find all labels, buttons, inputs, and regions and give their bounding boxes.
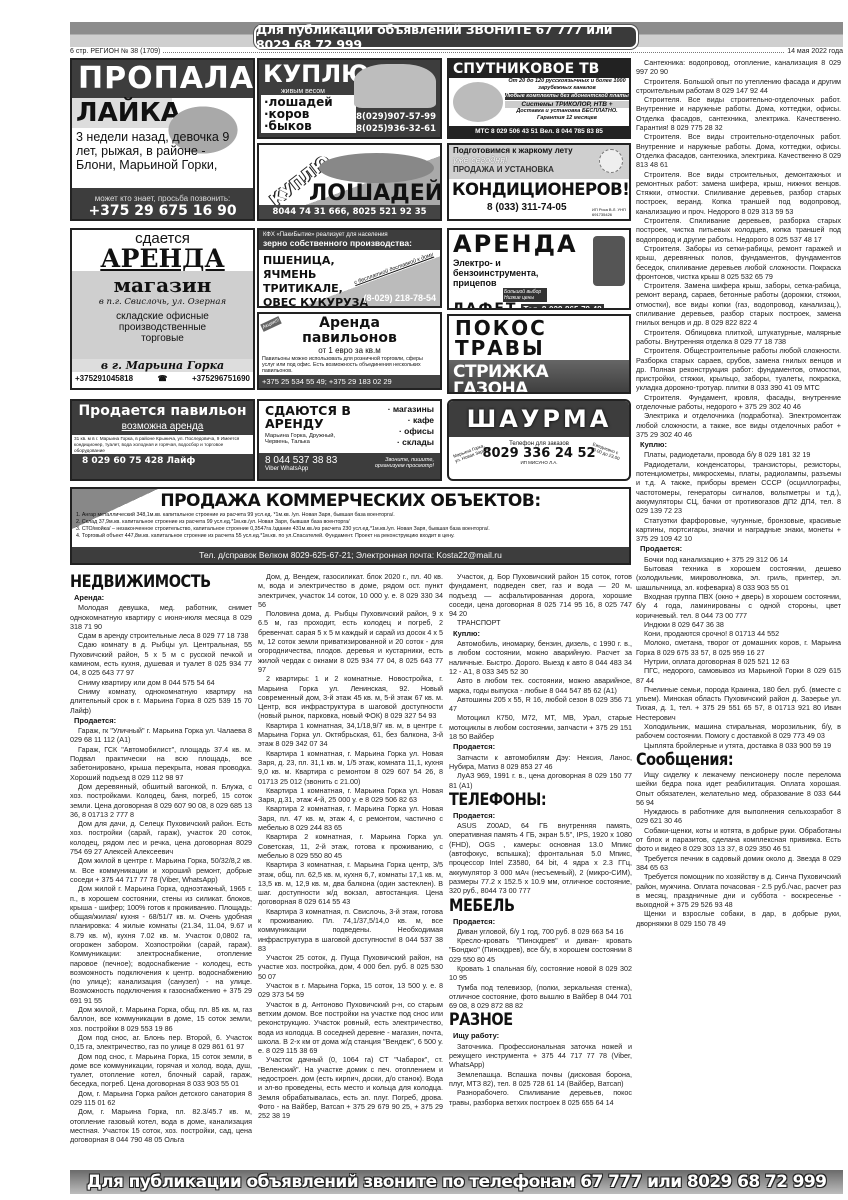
subsection-label: Аренда:: [74, 593, 252, 602]
classified-item: Участок в г. Марьина Горка, 15 соток, 13…: [258, 981, 443, 1000]
classified-item: Дом деревянный, обшитый вагонкой, п. Блу…: [70, 782, 252, 819]
dish-image: [453, 82, 503, 122]
classified-item: Строителя. Облицовка плиткой, штукатурны…: [636, 328, 841, 347]
classified-item: Электрика и отделочника (подработка). Эл…: [636, 411, 841, 439]
subsection-label: Куплю:: [640, 440, 841, 449]
ad-line-2: зерно собственного производства:: [263, 238, 436, 248]
section-title-misc: РАЗНОЕ: [449, 1010, 605, 1030]
classified-item: Диван угловой, б/у 1 год, 700 руб. 8 029…: [449, 927, 632, 936]
phone-icon: ☎: [158, 374, 168, 383]
classified-item: Квартира 3 комнатная, г. Марьина Горка ц…: [258, 860, 443, 906]
list-item: 4. Торговый объект 447,8м.кв. капитально…: [76, 533, 625, 540]
ad-badge: Большой выбор Низкие цены: [503, 288, 547, 302]
ad-phone: +375 29 675 16 90: [72, 203, 253, 219]
ad-address: в п.г. Свислочь, ул. Озерная: [75, 297, 250, 307]
classified-item: Дом, г. Марьина Горка район детского сан…: [70, 1089, 252, 1108]
ad-rent-shop: сдается АРЕНДА магазин в п.г. Свислочь, …: [70, 228, 255, 390]
classified-item: Сниму комнату, однокомнатную квартиру на…: [70, 687, 252, 715]
classified-item: Молодая девушка, мед. работник, снимет о…: [70, 603, 252, 631]
ad-title: СДАЮТСЯ В АРЕНДУ: [259, 401, 359, 433]
ad-text: 3 недели назад, девочка 9 лет, рыжая, в …: [72, 128, 252, 174]
running-head: 6 стр. РЕГИОН № 38 (1709) 14 мая 2022 го…: [70, 48, 843, 55]
ad-phones: +375 25 534 55 49; +375 29 183 02 29: [259, 375, 440, 388]
column-transport: Участок, д. Бор Пуховичский район 15 сот…: [449, 572, 632, 1107]
page-number: 6 стр.: [70, 48, 88, 55]
classified-item: Половина дома, д. Рыбцы Пуховичский райо…: [258, 609, 443, 674]
item: ·быков: [264, 120, 353, 132]
classified-item: Дом для дачи, д. Селецк Пуховичский райо…: [70, 819, 252, 856]
column-realty-2: Дом, д. Вендеж, газосиликат. блок 2020 г…: [258, 572, 443, 1121]
classified-item: Собаки-щенки, коты и котята, в добрые ру…: [636, 826, 841, 854]
classified-item: Участок в д. Антоново Пуховичский р-н, с…: [258, 1000, 443, 1056]
ad-phone: (8-029) 218-78-54: [363, 293, 436, 303]
ad-sub: возможна аренда: [72, 421, 253, 432]
list-item: 3. СТО/мойка/ – незаконченное строительс…: [76, 526, 625, 533]
ad-grain: КФХ «ПакиБытие» реализует для населения …: [257, 228, 442, 308]
classified-item: Сниму квартиру или дом 8 044 575 54 64: [70, 678, 252, 687]
ad-slogan: Звоните, пишите, организуем просмотр!: [364, 457, 434, 469]
subsection-label: Продается:: [640, 544, 841, 553]
subsection-label: Продается:: [74, 716, 252, 725]
phone-2: 8(025)936-32-61: [356, 124, 436, 134]
classified-item: Участок 25 соток, д. Пуща Пуховичский ра…: [258, 953, 443, 981]
brand: ЛАФЕТ: [452, 302, 517, 310]
classified-item: Квартира 1 комнатная, г. Марьина Горка у…: [258, 749, 443, 786]
classified-item: Землепашца. Вспашка почвы (дисковая боро…: [449, 1070, 632, 1089]
sun-icon: [599, 149, 623, 173]
divider: [163, 48, 784, 53]
section-title-realty: НЕДВИЖИМОСТЬ: [70, 572, 225, 592]
classified-item: Автомобиль, иномарку, бензин, дизель, с …: [449, 639, 632, 676]
ad-title: Продается павильон: [72, 401, 253, 421]
classified-item: Строителя. Все виды строительно-отделочн…: [636, 95, 841, 132]
ad-phones: 8044 74 31 666, 8025 521 92 35: [259, 205, 440, 219]
ad-city: в г. Марьина Горка: [72, 359, 253, 372]
classified-item: Кресло-кровать "Пинскдрев" и диван- кров…: [449, 936, 632, 964]
ad-pavilion-sale: Продается павильон возможна аренда 31 кв…: [70, 399, 255, 481]
classified-item: Квартира 2 комнатная, г. Марьина Горка у…: [258, 832, 443, 860]
horses-image: [319, 153, 434, 183]
ad-satellite-tv: СПУТНИКОВОЕ ТВ От 20 до 120 русскоязычны…: [447, 58, 631, 139]
ad-text: Павильоны можно использовать для розничн…: [259, 355, 440, 376]
ad-line-3: Системы ТРИКОЛОР, НТВ +: [505, 101, 629, 108]
column-realty-1: НЕДВИЖИМОСТЬ Аренда: Молодая девушка, ме…: [70, 572, 252, 1145]
ad-phones: МТС 8 029 506 43 51 Вел. 8 044 785 83 85: [449, 126, 629, 137]
ad-mowing: ПОКОС ТРАВЫ СТРИЖКА ГАЗОНА Тел.+375 (33)…: [447, 314, 631, 394]
classified-item: Пчелиные семьи, порода Краинка, 180 бел.…: [636, 685, 841, 722]
ad-price: от 1 евро за кв.м: [259, 346, 440, 355]
classified-item: Индюки 8 029 647 36 38: [636, 620, 841, 629]
classified-item: Гараж, гк "Уличный" г. Марьина Горка ул.…: [70, 726, 252, 745]
ad-title: ШАУРМА: [449, 401, 629, 437]
classified-item: Входная группа ПВХ (окно + дверь) в хоро…: [636, 592, 841, 620]
classified-item: Нуждаюсь в работнике для выполнения сель…: [636, 807, 841, 826]
classified-item: Заточника. Профессиональная заточка ноже…: [449, 1042, 632, 1070]
classified-item: Строителя. Все виды строительных, демонт…: [636, 170, 841, 216]
classified-item: Дом жилой, г. Марьина Горка, общ. пл. 85…: [70, 1005, 252, 1033]
ad-pavilions: Аренда павильонов Акция!!! от 1 евро за …: [257, 312, 442, 390]
dog-name: ЛАЙКА: [72, 98, 172, 128]
classified-item: Щенки и взрослые собаки, в дар, в добрые…: [636, 909, 841, 928]
ad-word-2: ЛОШАДЕЙ: [309, 183, 442, 205]
classified-item: Мотоцикл К750, М72, МТ, МВ, Урал, старые…: [449, 713, 632, 741]
ad-aircon: Подготовимся к жаркому лету уже сегодня!…: [447, 143, 631, 221]
classified-item: Строителя. Фундамент, кровля, фасады, вн…: [636, 393, 841, 412]
list-item: · склады: [388, 437, 434, 448]
ad-places: Марьина Горка, Дружный, Червень, Талька: [259, 433, 359, 445]
classified-item: Кони, продаются срочно! 8 01713 44 552: [636, 629, 841, 638]
ad-buy-livestock: КУПЛЮ живым весом ·лошадей ·коров ·быков…: [257, 58, 442, 139]
list-item: 2. Склад 37,9м.кв. капитальное строение …: [76, 519, 625, 526]
classified-item: Статуэтки фарфоровые, чугунные, бронзовы…: [636, 516, 841, 544]
classified-item: Строителя. Заборы из сетки-рабицы, ремон…: [636, 244, 841, 281]
ad-commercial: ПРОДАЖА КОММЕРЧЕСКИХ ОБЪЕКТОВ: 1. Ангар …: [70, 487, 631, 565]
classified-item: Ищу сиделку к лежачему пенсионеру после …: [636, 770, 841, 807]
phone-1: +375291045818: [75, 374, 133, 383]
classified-item: Дом, г. Марьина Горка, пл. 82.3/45.7 кв.…: [70, 1107, 252, 1144]
classified-item: ЛуАЗ 969, 1991 г. в., цена договорная 8 …: [449, 771, 632, 790]
classified-item: Строителя. Общестроительные работы любой…: [636, 346, 841, 392]
column-services: Сантехника: водопровод, отопление, канал…: [636, 58, 841, 928]
issue-date: 14 мая 2022 года: [787, 48, 843, 55]
ad-title: Аренда павильонов: [259, 314, 440, 346]
classified-item: Участок дачный (0, 1064 га) СТ "Чабарок"…: [258, 1055, 443, 1120]
classified-item: Авто в любом тех. состоянии, можно авари…: [449, 676, 632, 695]
ad-legal: ИП Роса В.Л. УНП 691735426: [592, 207, 626, 217]
subsection-label: Продается:: [453, 811, 632, 820]
classified-item: Бытовая техника в хорошем состоянии, деш…: [636, 564, 841, 592]
subsection-label: Продается:: [453, 917, 632, 926]
phone-2: +375296751690: [192, 374, 250, 383]
classified-item: Разнорабочего. Спиливание деревьев, поко…: [449, 1088, 632, 1107]
ad-title: ПРОДАЖА КОММЕРЧЕСКИХ ОБЪЕКТОВ:: [72, 489, 629, 512]
classified-item: Строителя. Большой опыт по утеплению фас…: [636, 77, 841, 96]
ad-tool-rent: АРЕНДА Электро- и бензоинструмента, приц…: [447, 228, 631, 310]
section-title-messages: Сообщения:: [636, 750, 810, 770]
ad-list: складские офисные производственные торго…: [75, 307, 250, 344]
ad-title: ПРОПАЛА: [72, 60, 253, 98]
classified-item: Нутрии, оплата договорная 8 025 521 12 6…: [636, 657, 841, 666]
classified-item: Тумба под телевизор, (полки, зеркальная …: [449, 983, 632, 1011]
classified-item: Радиодетали, конденсаторы, транзисторы, …: [636, 460, 841, 516]
classified-item: Квартира 3 комнатная, п. Свислочь, 3-й э…: [258, 907, 443, 953]
ad-sub: магазин: [75, 273, 250, 297]
ad-for-rent: СДАЮТСЯ В АРЕНДУ Марьина Горка, Дружный,…: [257, 399, 442, 481]
classified-item: Дом под снос, г. Марьина Горка, 15 соток…: [70, 1052, 252, 1089]
section-title-phones: ТЕЛЕФОНЫ:: [449, 790, 605, 810]
ad-lost-dog: ПРОПАЛА ЛАЙКА 3 недели назад, девочка 9 …: [70, 58, 255, 221]
ad-sub: Электро- и бензоинструмента, прицепов: [449, 258, 579, 288]
classified-item: Кровать 1 спальная б/у, состояние новой …: [449, 964, 632, 983]
classified-item: Квартира 2 комнатная, г. Марьина Горка у…: [258, 804, 443, 832]
list-item: · магазины: [388, 404, 434, 415]
list-item: · кафе: [388, 415, 434, 426]
ad-phone: 8 029 60 75 428 Лайф: [72, 454, 253, 468]
classified-item: Дом жилой г. Марьина Горка, одноэтажный,…: [70, 884, 252, 1005]
ad-title: СПУТНИКОВОЕ ТВ: [449, 60, 629, 78]
subsection-label: Ищу работу:: [453, 1031, 632, 1040]
ad-line-1: От 20 до 120 русскоязычных и более 1000 …: [505, 78, 629, 92]
ad-line-4: Доставка и установка БЕСПЛАТНО. Гарантия…: [505, 108, 629, 122]
ad-line-1: Подготовимся к жаркому лету: [453, 146, 625, 155]
ad-line-1: ПОКОС ТРАВЫ: [449, 316, 629, 360]
classified-item: Строителя. Все виды строительно-отделочн…: [636, 132, 841, 169]
ad-legal: ИП МИСУНО Л.А.: [449, 460, 629, 465]
classified-item: Сдаю комнату в д. Рыбцы ул. Центральная,…: [70, 640, 252, 677]
classified-item: Дом жилой в центре г. Марьина Горка, 50/…: [70, 856, 252, 884]
ad-shawarma: ШАУРМА Марьина Горка, ул. Новая Заря 53 …: [447, 399, 631, 481]
classified-item: Сдам в аренду строительные леса 8 029 77…: [70, 631, 252, 640]
classified-item: Холодильник, машина стиральная, морозиль…: [636, 722, 841, 741]
classified-item: Автошины 205 х 55, R 16, любой сезон 8 0…: [449, 695, 632, 714]
classified-item: Гараж, ГСК "Автомобилист", площадь 37.4 …: [70, 745, 252, 782]
ad-note: может кто знает, просьба позвонить:: [72, 194, 253, 203]
classified-item: Молоко, сметана, творог от домашних коро…: [636, 638, 841, 657]
classified-item: Строителя. Спиливание деревьев, разборка…: [636, 216, 841, 244]
drill-image: [593, 236, 625, 286]
ad-contact: Тел. д/справок Велком 8029-625-67-21; Эл…: [72, 547, 629, 563]
classified-item: Требуется печник в садовый домик около д…: [636, 854, 841, 873]
footer-banner: Для публикации объявлений звоните по тел…: [70, 1170, 843, 1194]
classified-item: Бочки под канализацию + 375 29 312 06 14: [636, 555, 841, 564]
ad-phone: Тел. 8-029-865-79-48: [521, 304, 603, 311]
ad-text: 31 кв. м в г. Марьина Горка, в районе Кр…: [72, 435, 253, 454]
classified-item: Квартира 1 комнатная, 34,1/18,9/7 кв. м,…: [258, 721, 443, 749]
classified-item: Сантехника: водопровод, отопление, канал…: [636, 58, 841, 77]
ad-buy-horses: КУПЛЮ ЛОШАДЕЙ 8044 74 31 666, 8025 521 9…: [257, 143, 442, 221]
classified-item: Участок, д. Бор Пуховичский район 15 сот…: [449, 572, 632, 618]
classified-item: ASUS Z00AD, 64 ГБ внутренняя память, опе…: [449, 821, 632, 895]
section-title-furniture: МЕБЕЛЬ: [449, 896, 605, 916]
ad-title: АРЕНДА: [72, 247, 253, 271]
classified-item: Платы, радиодетали, провода б/у 8 029 18…: [636, 450, 841, 459]
ad-line-4: КОНДИЦИОНЕРОВ!: [449, 179, 629, 199]
classified-item: Запчасти к автомобилям Дэу: Нексия, Лано…: [449, 753, 632, 772]
classified-item: Строителя. Замена шифера крыш, заборы, с…: [636, 281, 841, 327]
classified-item: Цыплята бройлерные и утята, доставка 8 0…: [636, 741, 841, 750]
list-item: 1. Ангар металлический 348,1м.кв. капита…: [76, 512, 625, 519]
subsection-label: Продается:: [453, 742, 632, 751]
classified-item: Дом под снос, аг. Блонь пер. Второй, 6. …: [70, 1033, 252, 1052]
classified-item: ПГС, недорого, самовывоз из Марьиной Гор…: [636, 666, 841, 685]
phone-1: 8(029)907-57-99: [356, 112, 436, 122]
classified-item: Дом, д. Вендеж, газосиликат. блок 2020 г…: [258, 572, 443, 609]
ad-line-2: Любые комплекты без абонентской платы: [505, 93, 629, 100]
classified-item: 2 квартиры: 1 и 2 комнатные. Новостройка…: [258, 674, 443, 720]
classified-item: Требуется помощник по хозяйству в д. Син…: [636, 872, 841, 909]
ad-line-2: СТРИЖКА ГАЗОНА: [449, 360, 629, 394]
header-banner: Для публикации объявлений ЗВОНИТЕ 67 777…: [254, 25, 638, 49]
classified-item: Квартира 1 комнатная, г. Марьина Горка у…: [258, 786, 443, 805]
horse-image: [354, 64, 436, 108]
subsection-label: Куплю:: [453, 629, 632, 638]
ad-line-3: ПРОДАЖА И УСТАНОВКА: [453, 165, 625, 174]
issue-number: РЕГИОН № 38 (1709): [90, 48, 160, 55]
section-title-transport: ТРАНСПОРТ: [449, 618, 632, 627]
list-item: · офисы: [388, 426, 434, 437]
